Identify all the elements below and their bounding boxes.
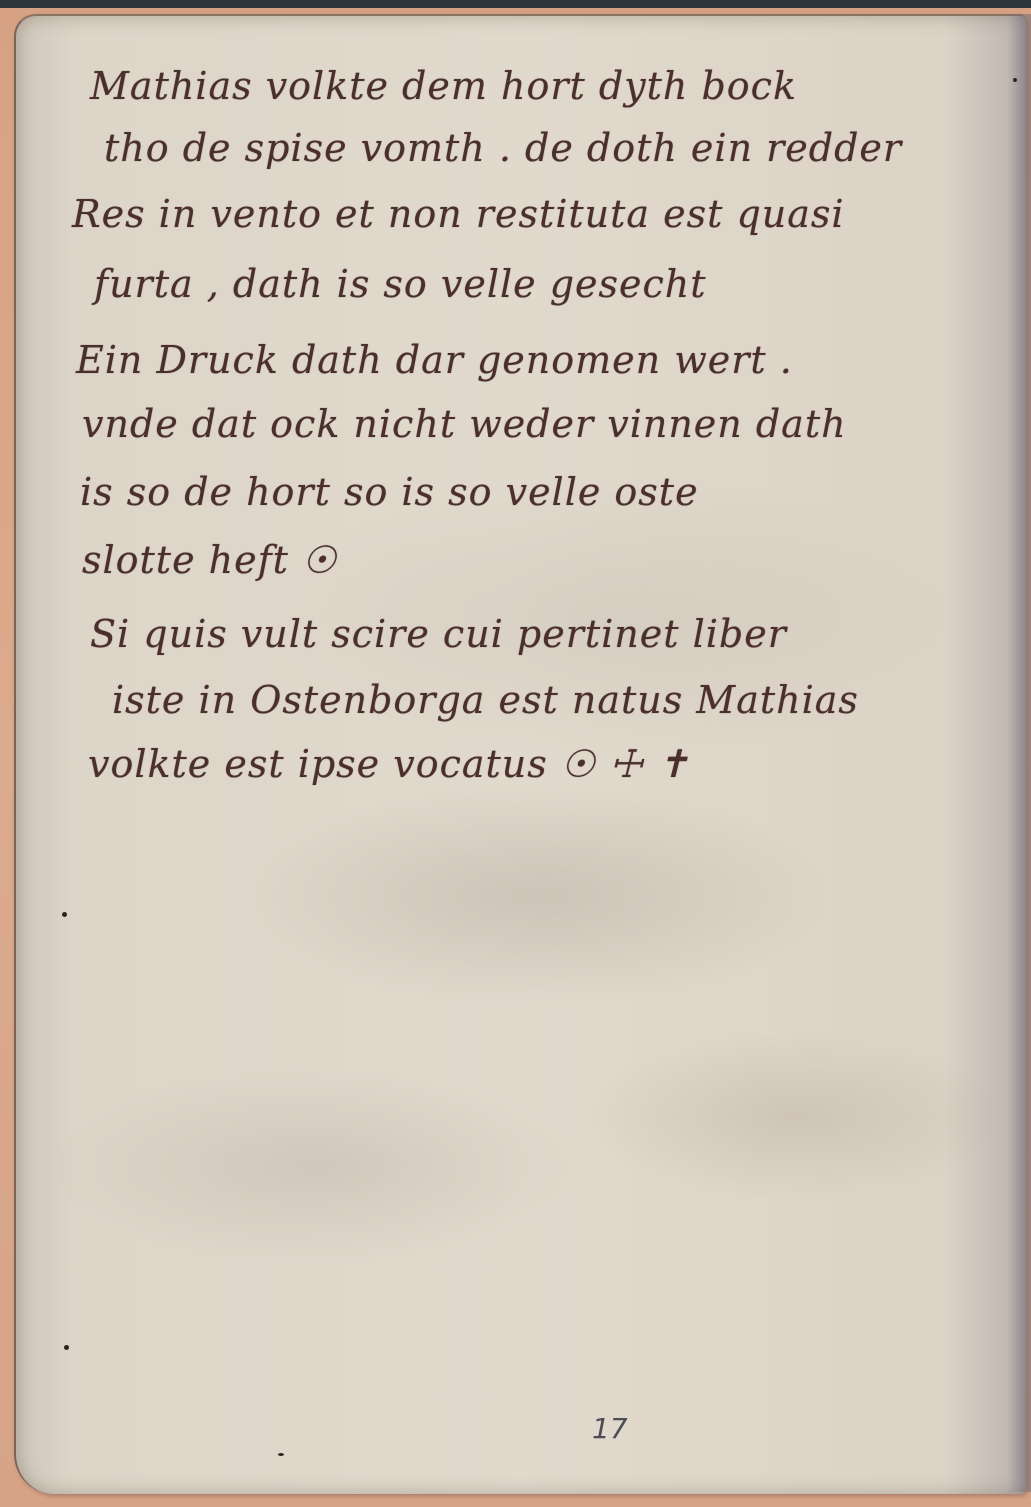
ink-speck bbox=[62, 912, 67, 917]
gutter-shadow bbox=[1007, 14, 1031, 1492]
text-line-6: vnde dat ock nicht weder vinnen dath bbox=[82, 402, 847, 446]
folio-number: 17 bbox=[592, 1412, 628, 1445]
text-line-2: tho de spise vomth . de doth ein redder bbox=[104, 126, 902, 170]
text-line-11: volkte est ipse vocatus ☉ ☩ ✝ bbox=[88, 742, 690, 786]
text-line-1: Mathias volkte dem hort dyth bock bbox=[90, 64, 797, 108]
text-line-3: Res in vento et non restituta est quasi bbox=[72, 192, 845, 236]
text-line-10: iste in Ostenborga est natus Mathias bbox=[112, 678, 859, 722]
ink-speck bbox=[278, 1453, 284, 1456]
text-line-5: Ein Druck dath dar genomen wert . bbox=[76, 338, 793, 382]
text-line-4: furta , dath is so velle gesecht bbox=[94, 262, 707, 306]
ink-speck bbox=[64, 1345, 69, 1350]
text-line-7: is so de hort so is so velle oste bbox=[80, 470, 699, 514]
text-line-8: slotte heft ☉ bbox=[82, 538, 337, 582]
ink-speck bbox=[1013, 78, 1017, 82]
text-line-9: Si quis vult scire cui pertinet liber bbox=[90, 612, 787, 656]
top-edge-strip bbox=[0, 0, 1031, 8]
